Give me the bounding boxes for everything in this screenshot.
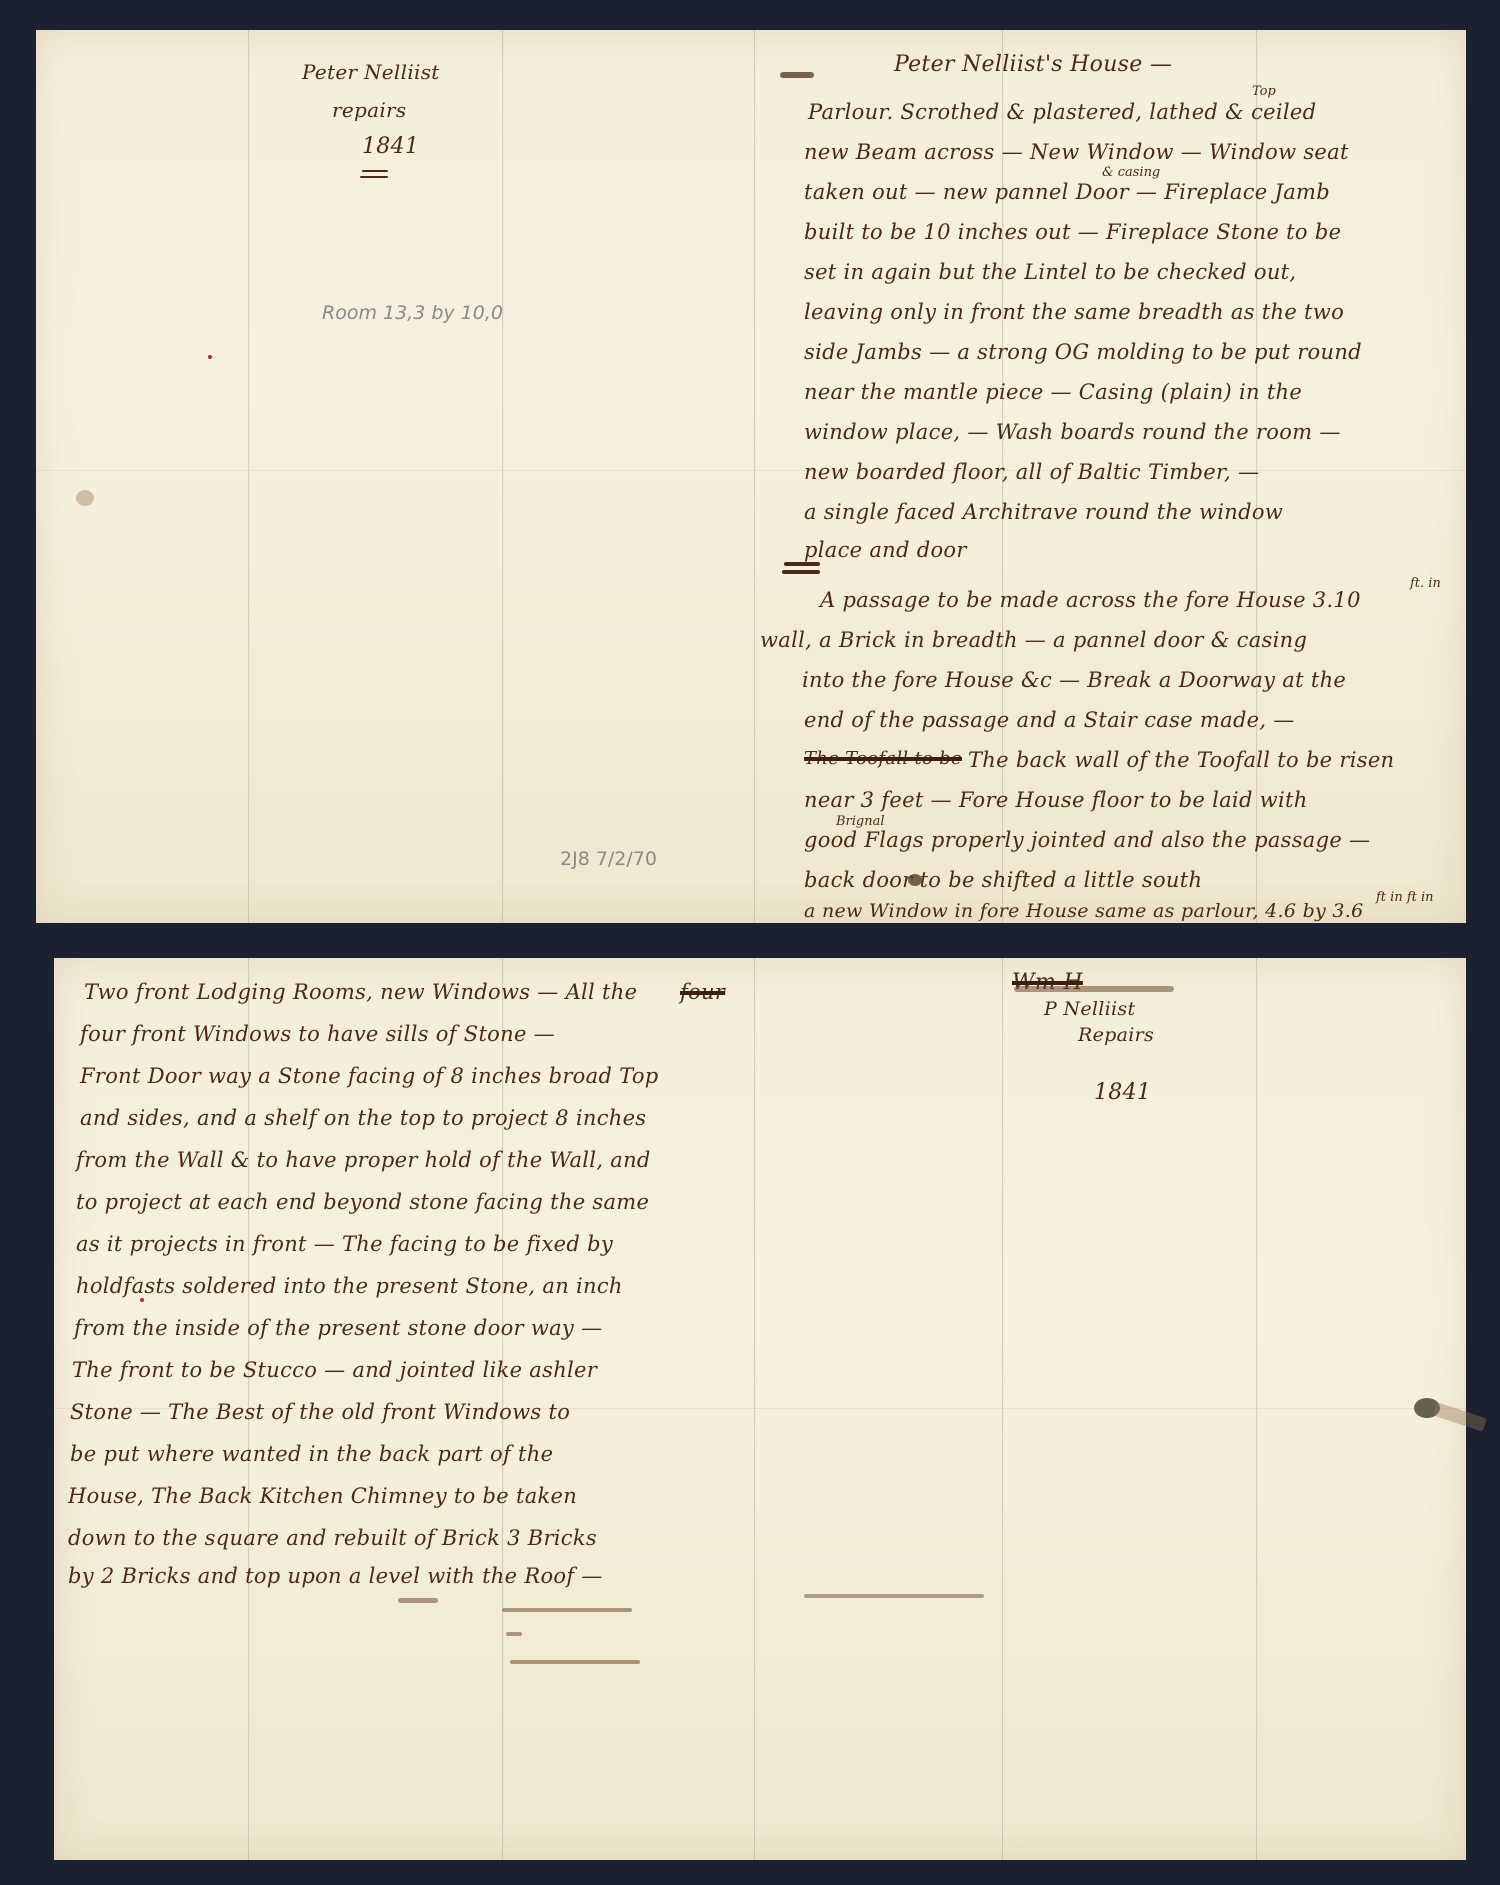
text-line: The front to be Stucco — and jointed lik… <box>72 1358 597 1382</box>
docket-name: P Nelliist <box>1044 998 1135 1020</box>
text-line: from the Wall & to have proper hold of t… <box>76 1148 651 1172</box>
docket-subtitle: Repairs <box>1078 1024 1154 1046</box>
text-line: four front Windows to have sills of Ston… <box>80 1022 555 1046</box>
text-line: leaving only in front the same breadth a… <box>804 300 1344 324</box>
text-line: holdfasts soldered into the present Ston… <box>76 1274 623 1298</box>
text-line: The back wall of the Toofall to be risen <box>968 748 1394 772</box>
margin-note: Brignal <box>836 814 885 829</box>
text-line: window place, — Wash boards round the ro… <box>804 420 1341 444</box>
docket-year: 1841 <box>1094 1080 1151 1105</box>
center-fold <box>754 30 756 923</box>
struck-out-text: four <box>680 980 725 1004</box>
docket-name: Peter Nelliist <box>302 60 440 84</box>
ink-smear <box>1433 1402 1487 1431</box>
text-line: side Jambs — a strong OG molding to be p… <box>804 340 1362 364</box>
ink-stain <box>76 490 94 506</box>
margin-note: ft in ft in <box>1376 890 1434 905</box>
section-divider <box>784 562 820 566</box>
ink-strike <box>1014 986 1174 992</box>
ink-smudge <box>510 1660 640 1664</box>
red-dot <box>140 1298 144 1302</box>
text-line: to project at each end beyond stone faci… <box>76 1190 649 1214</box>
interlinear-top: Top <box>1252 84 1276 99</box>
text-line: a new Window in fore House same as parlo… <box>804 900 1364 922</box>
text-line: and sides, and a shelf on the top to pro… <box>80 1106 646 1130</box>
text-line: built to be 10 inches out — Fireplace St… <box>804 220 1341 244</box>
ink-smudge <box>398 1598 438 1603</box>
top-sheet: Peter Nelliist repairs 1841 Room 13,3 by… <box>36 30 1466 923</box>
text-line: back door to be shifted a little south <box>804 868 1202 892</box>
ink-dash <box>780 72 814 78</box>
text-line: Parlour. Scrothed & plastered, lathed & … <box>808 100 1316 124</box>
text-line: wall, a Brick in breadth — a pannel door… <box>760 628 1307 652</box>
interlinear-casing: & casing <box>1102 165 1160 180</box>
fold-line <box>248 30 250 923</box>
text-line: House, The Back Kitchen Chimney to be ta… <box>68 1484 577 1508</box>
margin-note: ft. in <box>1410 576 1441 591</box>
text-line: set in again but the Lintel to be checke… <box>804 260 1296 284</box>
underline-mark <box>362 170 388 172</box>
text-line: Front Door way a Stone facing of 8 inche… <box>80 1064 659 1088</box>
text-line: be put where wanted in the back part of … <box>70 1442 553 1466</box>
text-line: into the fore House &c — Break a Doorway… <box>802 668 1346 692</box>
red-dot <box>208 355 212 359</box>
text-line: end of the passage and a Stair case made… <box>804 708 1295 732</box>
ink-smudge <box>502 1608 632 1612</box>
docket-subtitle: repairs <box>332 98 406 122</box>
docket-year: 1841 <box>362 134 419 159</box>
text-line: place and door <box>804 538 967 562</box>
text-line: down to the square and rebuilt of Brick … <box>68 1526 597 1550</box>
text-line: new boarded floor, all of Baltic Timber,… <box>804 460 1259 484</box>
ink-smudge <box>506 1632 522 1636</box>
text-line: as it projects in front — The facing to … <box>76 1232 613 1256</box>
text-line: near the mantle piece — Casing (plain) i… <box>804 380 1302 404</box>
text-line: near 3 feet — Fore House floor to be lai… <box>804 788 1308 812</box>
text-line: A passage to be made across the fore Hou… <box>820 588 1361 612</box>
text-line: good Flags properly jointed and also the… <box>804 828 1370 852</box>
ink-smudge <box>804 1594 984 1598</box>
fold-line <box>502 30 504 923</box>
text-line: a single faced Architrave round the wind… <box>804 500 1283 524</box>
text-line: by 2 Bricks and top upon a level with th… <box>68 1564 603 1588</box>
bottom-sheet: Two front Lodging Rooms, new Windows — A… <box>54 958 1466 1860</box>
text-line: new Beam across — New Window — Window se… <box>804 140 1349 164</box>
text-line: Two front Lodging Rooms, new Windows — A… <box>84 980 637 1004</box>
section-divider <box>782 570 820 574</box>
ink-blot <box>908 874 922 886</box>
pencil-note: Room 13,3 by 10,0 <box>322 302 503 324</box>
struck-out-text: The Toofall to be <box>804 748 962 769</box>
text-line: taken out — new pannel Door — Fireplace … <box>804 180 1330 204</box>
archival-mark: 2J8 7/2/70 <box>560 848 657 870</box>
underline-mark <box>360 176 388 178</box>
text-line: from the inside of the present stone doo… <box>74 1316 602 1340</box>
page-title: Peter Nelliist's House — <box>894 52 1172 77</box>
text-line: Stone — The Best of the old front Window… <box>70 1400 570 1424</box>
